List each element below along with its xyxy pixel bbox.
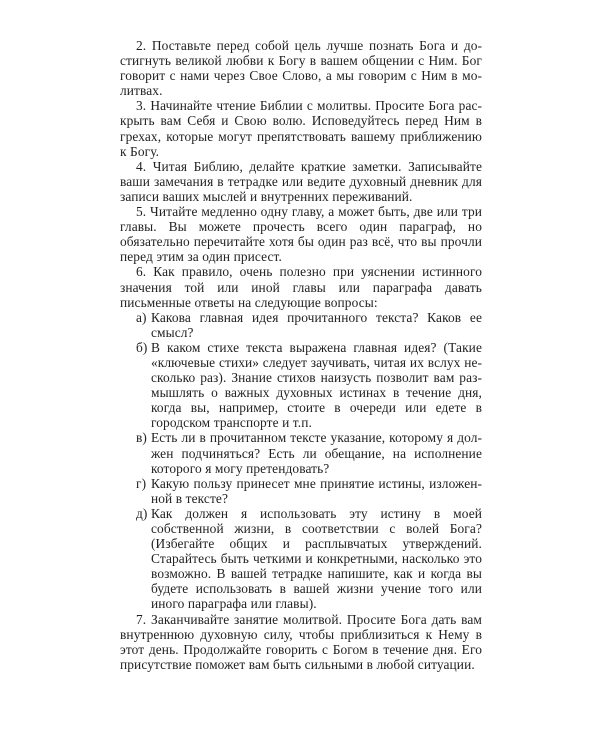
paragraph-3: 3. Начинайте чтение Библии с молитвы. Пр… bbox=[120, 98, 482, 158]
question-text: Какова главная идея прочитанного текста?… bbox=[151, 310, 482, 340]
paragraph-6: 6. Как правило, очень полезно при уяснен… bbox=[120, 264, 482, 309]
question-label: в) bbox=[136, 430, 147, 445]
questions-list: а) Какова главная идея прочитанного текс… bbox=[120, 310, 482, 612]
paragraph-7: 7. Заканчивайте занятие молитвой. Просит… bbox=[120, 612, 482, 672]
paragraph-5: 5. Читайте медленно одну главу, а может … bbox=[120, 204, 482, 264]
question-label: а) bbox=[136, 310, 147, 325]
question-text: В каком стихе текста выражена главная ид… bbox=[151, 340, 482, 431]
question-label: б) bbox=[136, 340, 147, 355]
paragraph-2: 2. Поставьте перед собой цель лучше позн… bbox=[120, 38, 482, 98]
question-text: Какую пользу принесет мне принятие истин… bbox=[151, 476, 482, 506]
question-text: Есть ли в прочитанном тексте указание, к… bbox=[151, 430, 482, 475]
question-item-v: в) Есть ли в прочитанном тексте указание… bbox=[120, 430, 482, 475]
question-item-d: д) Как должен я использовать эту истину … bbox=[120, 506, 482, 612]
paragraph-4: 4. Читая Библию, делайте краткие заметки… bbox=[120, 159, 482, 204]
question-text: Как должен я использовать эту истину в м… bbox=[151, 506, 482, 612]
question-label: г) bbox=[136, 476, 146, 491]
question-item-a: а) Какова главная идея прочитанного текс… bbox=[120, 310, 482, 340]
book-page: 2. Поставьте перед собой цель лучше позн… bbox=[120, 38, 482, 672]
question-label: д) bbox=[136, 506, 147, 521]
question-item-g: г) Какую пользу принесет мне принятие ис… bbox=[120, 476, 482, 506]
question-item-b: б) В каком стихе текста выражена главная… bbox=[120, 340, 482, 431]
